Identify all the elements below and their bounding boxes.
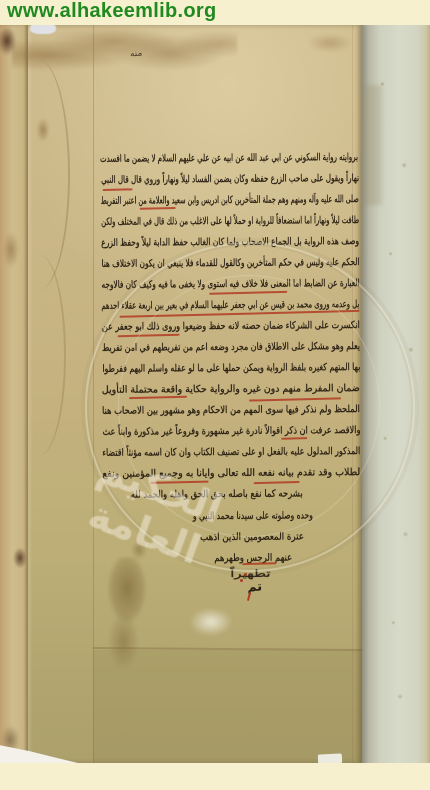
rubric-underline — [103, 188, 133, 191]
screenshot-root: www.alhakeemlib.org الحكيم العامة منه بر… — [0, 0, 430, 790]
manuscript-line: صلى الله عليه وآله ومنهم وهم جملة المتأخ… — [101, 193, 359, 209]
manuscript-line: بروايته رواية السكوني عن ابي عبد الله عن… — [100, 151, 358, 167]
site-watermark-banner: www.alhakeemlib.org — [0, 0, 430, 25]
manuscript-line: نهاراً ويقول على صاحب الزرع حفظه وكان يض… — [101, 172, 359, 188]
rubric-dot — [244, 573, 247, 576]
rubric-underline — [140, 207, 176, 210]
manuscript-photo: الحكيم العامة منه بروايته رواية السكوني … — [0, 25, 430, 763]
colophon-end-mark: تم — [247, 576, 262, 595]
manuscript-line: طافت ليلاً ونهاراً اما استضعافاً للرواية… — [101, 214, 359, 230]
site-url-text: www.alhakeemlib.org — [7, 0, 216, 23]
bottom-band — [0, 763, 430, 790]
rubric-dot — [240, 579, 243, 582]
